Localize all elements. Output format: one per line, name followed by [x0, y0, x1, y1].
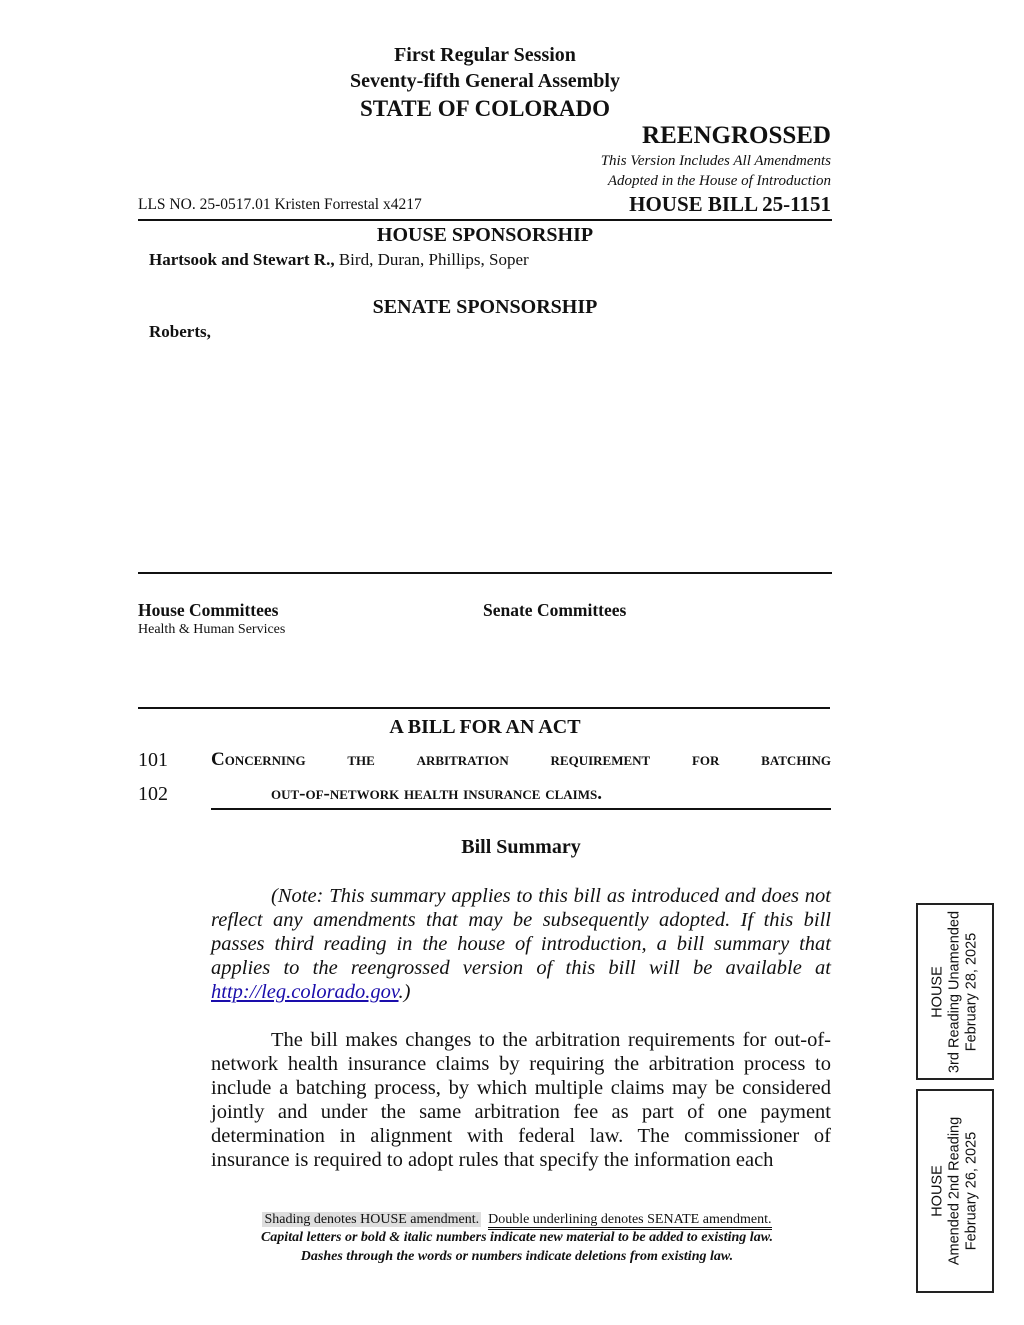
act-title-divider	[211, 808, 831, 810]
shading-note: Shading denotes HOUSE amendment.	[262, 1212, 481, 1227]
act-title-line-2: out-of-network health insurance claims.	[271, 783, 602, 805]
capital-letters-note: Capital letters or bold & italic numbers…	[0, 1229, 1024, 1247]
house-committees-heading: House Committees	[138, 600, 278, 621]
summary-note-text: (Note: This summary applies to this bill…	[211, 885, 831, 979]
house-sponsorship-heading: HOUSE SPONSORSHIP	[138, 224, 832, 247]
committees-divider	[138, 707, 830, 709]
house-committee-item: Health & Human Services	[138, 622, 285, 638]
house-third-reading-stamp: HOUSE 3rd Reading Unamended February 28,…	[916, 903, 994, 1080]
state-title: STATE OF COLORADO	[0, 96, 970, 122]
senate-committees-heading: Senate Committees	[483, 600, 626, 621]
stamp-chamber: HOUSE	[930, 1117, 947, 1265]
act-heading: A BILL FOR AN ACT	[138, 716, 832, 739]
version-note-1: This Version Includes All Amendments	[601, 151, 831, 171]
leg-colorado-link[interactable]: http://leg.colorado.gov	[211, 981, 399, 1003]
act-title-line-1: Concerning the arbitration requirement f…	[211, 749, 831, 771]
line-number: 102	[138, 783, 168, 806]
version-note-2: Adopted in the House of Introduction	[608, 171, 831, 191]
lls-number: LLS NO. 25-0517.01 Kristen Forrestal x42…	[138, 196, 422, 214]
line-number: 101	[138, 749, 168, 772]
stamp-date: February 28, 2025	[964, 910, 981, 1072]
reengrossed-status: REENGROSSED	[642, 122, 831, 150]
summary-body: The bill makes changes to the arbitratio…	[211, 1028, 831, 1172]
bill-summary-heading: Bill Summary	[211, 836, 831, 859]
senate-primary-sponsors: Roberts,	[149, 322, 211, 342]
bill-number: HOUSE BILL 25-1151	[629, 192, 831, 217]
stamp-action: Amended 2nd Reading	[947, 1117, 964, 1265]
senate-sponsorship-heading: SENATE SPONSORSHIP	[138, 296, 832, 319]
stamp-chamber: HOUSE	[930, 910, 947, 1072]
summary-note: (Note: This summary applies to this bill…	[211, 884, 831, 1004]
house-sponsors: Hartsook and Stewart R., Bird, Duran, Ph…	[149, 250, 529, 270]
house-second-reading-stamp: HOUSE Amended 2nd Reading February 26, 2…	[916, 1089, 994, 1293]
double-underline-note: Double underlining denotes SENATE amendm…	[488, 1212, 771, 1230]
stamp-date: February 26, 2025	[964, 1117, 981, 1265]
house-primary-sponsors: Hartsook and Stewart R.,	[149, 250, 335, 269]
header-divider	[138, 219, 832, 221]
dashes-note: Dashes through the words or numbers indi…	[0, 1248, 1024, 1266]
assembly-title: Seventy-fifth General Assembly	[0, 70, 970, 93]
summary-note-end: .)	[399, 981, 411, 1003]
amendment-legend: Shading denotes HOUSE amendment. Double …	[0, 1211, 1024, 1229]
house-cosponsors: Bird, Duran, Phillips, Soper	[339, 250, 529, 269]
sponsorship-divider	[138, 572, 832, 574]
stamp-action: 3rd Reading Unamended	[947, 910, 964, 1072]
session-title: First Regular Session	[0, 44, 970, 67]
